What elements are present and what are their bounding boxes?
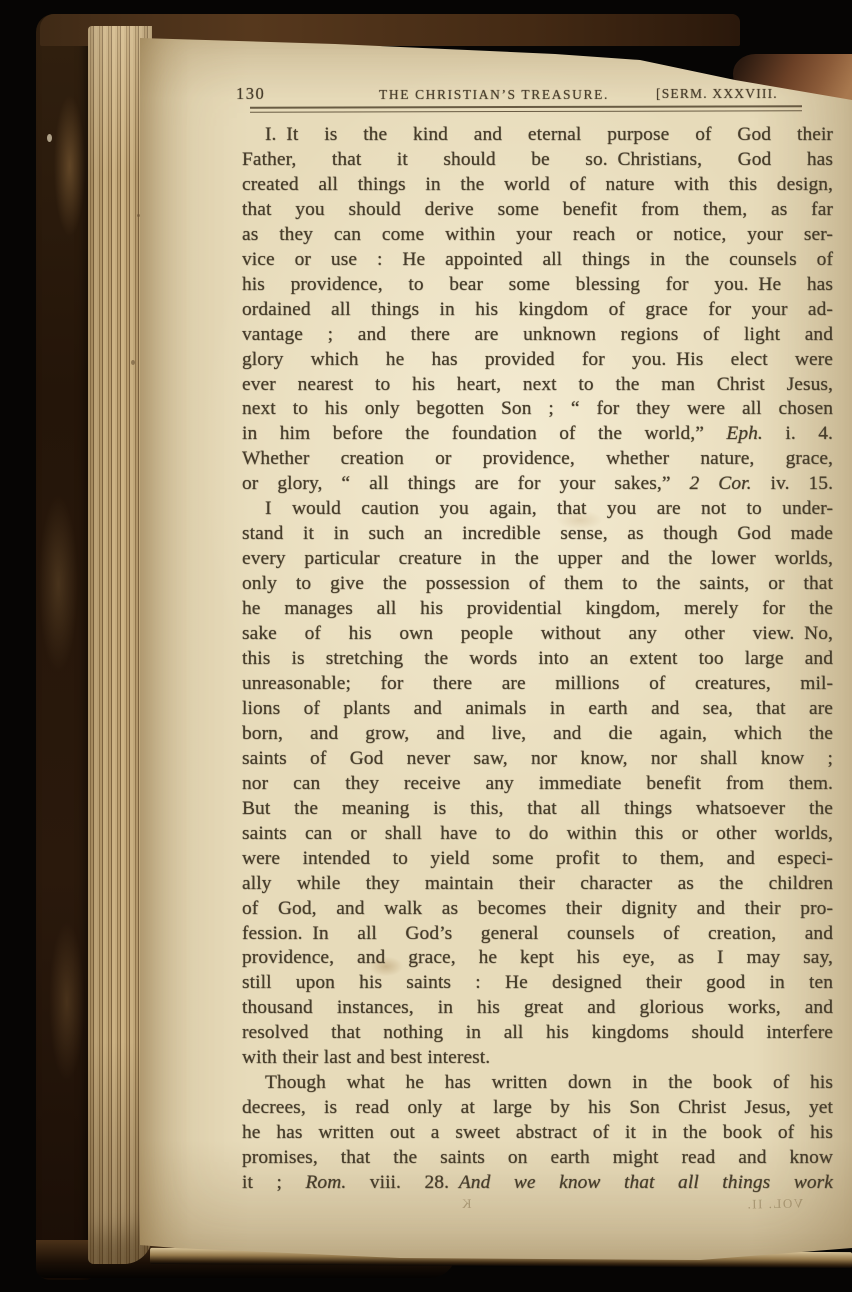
text-line: Though what he has written down in the b… (242, 1071, 833, 1096)
text-line: ever nearest to his heart, next to the m… (242, 373, 833, 398)
text-line: in him before the foundation of the worl… (242, 422, 833, 447)
text-line: created all things in the world of natur… (242, 173, 833, 198)
text-line: he manages all his providential kingdom,… (242, 597, 833, 622)
text-line: But the meaning is this, that all things… (242, 797, 833, 822)
text-line: with their last and best interest. (242, 1046, 833, 1071)
text-line: nor can they receive any immediate benef… (242, 772, 833, 797)
text-line: saints of God never saw, nor know, nor s… (242, 747, 833, 772)
text-line: that you should derive some benefit from… (242, 198, 833, 223)
text-line: saints can or shall have to do within th… (242, 822, 833, 847)
text-line: he has written out a sweet abstract of i… (242, 1121, 833, 1146)
text-line: glory which he has provided for you. His… (242, 348, 833, 373)
sermon-number-label: [SERM. XXXVIII. (656, 86, 778, 102)
text-line: Father, that it should be so. Christians… (242, 148, 833, 173)
text-line: it ; Rom. viii. 28. And we know that all… (242, 1171, 833, 1196)
text-line: ordained all things in his kingdom of gr… (242, 298, 833, 323)
text-line: his providence, to bear some blessing fo… (242, 273, 833, 298)
text-line: thousand instances, in his great and glo… (242, 996, 833, 1021)
text-block: I. It is the kind and eternal purpose of… (242, 123, 833, 1196)
text-line: ally while they maintain their character… (242, 872, 833, 897)
text-line: every particular creature in the upper a… (242, 547, 833, 572)
text-line: promises, that the saints on earth might… (242, 1146, 833, 1171)
text-line: sake of his own people without any other… (242, 622, 833, 647)
text-line: were intended to yield some profit to th… (242, 847, 833, 872)
book-photo: 130 THE CHRISTIAN’S TREASURE. [SERM. XXX… (0, 0, 852, 1292)
text-line: lions of plants and animals in earth and… (242, 697, 833, 722)
text-line: resolved that nothing in all his kingdom… (242, 1021, 833, 1046)
showthrough-signature-mark: K (462, 1196, 472, 1212)
text-line: fession. In all God’s general counsels o… (242, 922, 833, 947)
text-line: providence, and grace, he kept his eye, … (242, 946, 833, 971)
text-line: or glory, “ all things are for your sake… (242, 472, 833, 497)
text-line: I. It is the kind and eternal purpose of… (242, 123, 833, 148)
header-double-rule (250, 105, 802, 112)
text-line: unreasonable; for there are millions of … (242, 672, 833, 697)
page-number: 130 (236, 84, 265, 104)
text-line: of God, and walk as becomes their dignit… (242, 897, 833, 922)
text-line: next to his only begotten Son ; “ for th… (242, 397, 833, 422)
text-line: born, and grow, and live, and die again,… (242, 722, 833, 747)
text-line: vantage ; and there are unknown regions … (242, 323, 833, 348)
printed-content: 130 THE CHRISTIAN’S TREASURE. [SERM. XXX… (0, 0, 852, 1292)
text-line: as they can come within your reach or no… (242, 223, 833, 248)
text-line: stand it in such an incredible sense, as… (242, 522, 833, 547)
text-line: I would caution you again, that you are … (242, 497, 833, 522)
text-line: vice or use : He appointed all things in… (242, 248, 833, 273)
text-line: Whether creation or providence, whether … (242, 447, 833, 472)
text-line: decrees, is read only at large by his So… (242, 1096, 833, 1121)
showthrough-volume-label: VOL. II. (746, 1196, 803, 1213)
text-line: still upon his saints : He designed thei… (242, 971, 833, 996)
text-line: only to give the possession of them to t… (242, 572, 833, 597)
running-title: THE CHRISTIAN’S TREASURE. (366, 87, 622, 103)
text-line: this is stretching the words into an ext… (242, 647, 833, 672)
